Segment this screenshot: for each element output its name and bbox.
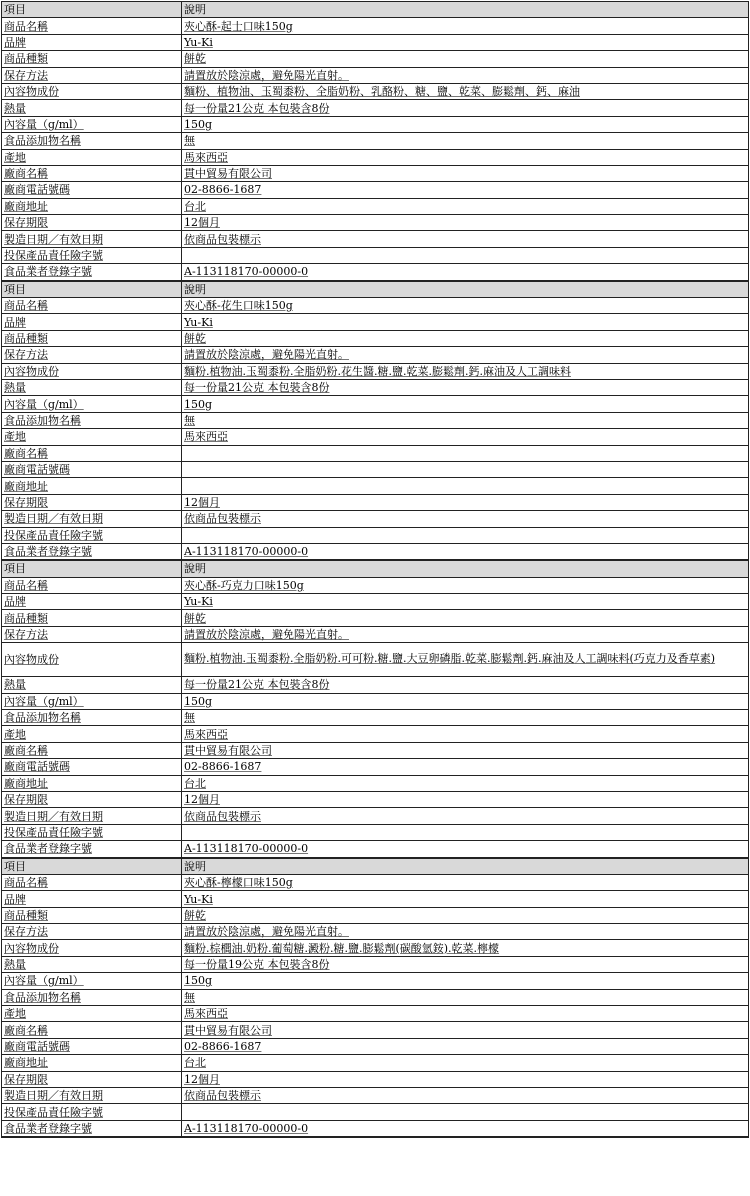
table-row: 保存方法請置放於陰涼處，避免陽光直射。 bbox=[2, 626, 749, 642]
table-row: 商品種類餅乾 bbox=[2, 610, 749, 626]
row-value: 依商品包裝標示 bbox=[182, 1088, 749, 1104]
row-value: 依商品包裝標示 bbox=[182, 511, 749, 527]
table-row: 製造日期／有效日期依商品包裝標示 bbox=[2, 231, 749, 247]
table-row: 保存方法請置放於陰涼處，避免陽光直射。 bbox=[2, 67, 749, 83]
row-label: 產地 bbox=[2, 429, 182, 445]
row-value: 貫中貿易有限公司 bbox=[182, 165, 749, 181]
row-label: 廠商名稱 bbox=[2, 445, 182, 461]
row-value: 麵粉、植物油、玉蜀黍粉、全脂奶粉、乳酪粉、糖、鹽、乾菜、膨鬆劑、鈣、麻油 bbox=[182, 83, 749, 99]
table-row: 廠商地址台北 bbox=[2, 1055, 749, 1071]
table-row: 品牌Yu-Ki bbox=[2, 594, 749, 610]
row-value: 夾心酥-檸檬口味150g bbox=[182, 874, 749, 890]
table-row: 廠商名稱貫中貿易有限公司 bbox=[2, 742, 749, 758]
row-value: 馬來西亞 bbox=[182, 726, 749, 742]
row-label: 商品種類 bbox=[2, 330, 182, 346]
row-value bbox=[182, 1104, 749, 1120]
row-label: 保存方法 bbox=[2, 924, 182, 940]
header-item-label: 項目 bbox=[2, 281, 182, 298]
row-value: 02-8866-1687 bbox=[182, 1038, 749, 1054]
table-row: 廠商電話號碼 bbox=[2, 461, 749, 477]
table-row: 內容量（g/ml）150g bbox=[2, 116, 749, 132]
table-row: 投保產品責任險字號 bbox=[2, 824, 749, 840]
row-value bbox=[182, 247, 749, 263]
row-label: 製造日期／有效日期 bbox=[2, 808, 182, 824]
row-value: 貫中貿易有限公司 bbox=[182, 742, 749, 758]
row-label: 品牌 bbox=[2, 314, 182, 330]
row-value: 夾心酥-起士口味150g bbox=[182, 18, 749, 34]
row-value: 麵粉.植物油.玉蜀黍粉.全脂奶粉.可可粉.糖.鹽.大豆卵磷脂.乾菜.膨鬆劑.鈣.… bbox=[182, 643, 749, 677]
row-label: 投保產品責任險字號 bbox=[2, 247, 182, 263]
spec-table-body: 項目說明商品名稱夾心酥-起士口味150g品牌Yu-Ki商品種類餅乾保存方法請置放… bbox=[2, 2, 749, 1138]
row-label: 廠商地址 bbox=[2, 775, 182, 791]
table-row: 商品種類餅乾 bbox=[2, 51, 749, 67]
table-row: 商品名稱夾心酥-巧克力口味150g bbox=[2, 577, 749, 593]
row-value: 夾心酥-花生口味150g bbox=[182, 298, 749, 314]
row-label: 商品名稱 bbox=[2, 298, 182, 314]
row-label: 熱量 bbox=[2, 379, 182, 395]
row-value: 12個月 bbox=[182, 494, 749, 510]
row-label: 製造日期／有效日期 bbox=[2, 231, 182, 247]
table-row: 製造日期／有效日期依商品包裝標示 bbox=[2, 1088, 749, 1104]
row-label: 食品添加物名稱 bbox=[2, 412, 182, 428]
table-row: 廠商地址台北 bbox=[2, 198, 749, 214]
table-row: 品牌Yu-Ki bbox=[2, 314, 749, 330]
header-item-label: 項目 bbox=[2, 858, 182, 875]
row-value: 馬來西亞 bbox=[182, 1006, 749, 1022]
table-row: 內容物成份麵粉.植物油.玉蜀黍粉.全脂奶粉.花生醬.糖.鹽.乾菜.膨鬆劑.鈣.麻… bbox=[2, 363, 749, 379]
table-row: 保存期限12個月 bbox=[2, 791, 749, 807]
table-row: 內容量（g/ml）150g bbox=[2, 396, 749, 412]
row-label: 內容物成份 bbox=[2, 940, 182, 956]
row-value bbox=[182, 824, 749, 840]
header-description-label: 說明 bbox=[182, 281, 749, 298]
row-value: 麵粉.植物油.玉蜀黍粉.全脂奶粉.花生醬.糖.鹽.乾菜.膨鬆劑.鈣.麻油及人工調… bbox=[182, 363, 749, 379]
row-label: 產地 bbox=[2, 149, 182, 165]
row-value: 150g bbox=[182, 693, 749, 709]
row-value: 02-8866-1687 bbox=[182, 182, 749, 198]
table-row: 保存期限12個月 bbox=[2, 494, 749, 510]
row-value: 餅乾 bbox=[182, 610, 749, 626]
row-value: 馬來西亞 bbox=[182, 429, 749, 445]
row-label: 廠商電話號碼 bbox=[2, 1038, 182, 1054]
row-value: 夾心酥-巧克力口味150g bbox=[182, 577, 749, 593]
row-label: 製造日期／有效日期 bbox=[2, 1088, 182, 1104]
row-label: 內容量（g/ml） bbox=[2, 693, 182, 709]
table-row: 內容物成份麵粉.植物油.玉蜀黍粉.全脂奶粉.可可粉.糖.鹽.大豆卵磷脂.乾菜.膨… bbox=[2, 643, 749, 677]
table-row: 產地馬來西亞 bbox=[2, 1006, 749, 1022]
row-label: 保存期限 bbox=[2, 1071, 182, 1087]
table-row: 製造日期／有效日期依商品包裝標示 bbox=[2, 808, 749, 824]
row-label: 熱量 bbox=[2, 956, 182, 972]
row-value: 02-8866-1687 bbox=[182, 759, 749, 775]
row-label: 商品名稱 bbox=[2, 577, 182, 593]
row-label: 商品名稱 bbox=[2, 874, 182, 890]
row-value: Yu-Ki bbox=[182, 594, 749, 610]
row-label: 食品添加物名稱 bbox=[2, 133, 182, 149]
row-value: 12個月 bbox=[182, 791, 749, 807]
row-label: 廠商電話號碼 bbox=[2, 182, 182, 198]
row-label: 食品業者登錄字號 bbox=[2, 264, 182, 281]
header-item-label: 項目 bbox=[2, 560, 182, 577]
table-row: 廠商電話號碼02-8866-1687 bbox=[2, 1038, 749, 1054]
table-row: 食品業者登錄字號A-113118170-00000-0 bbox=[2, 1120, 749, 1137]
row-value: 依商品包裝標示 bbox=[182, 808, 749, 824]
row-value: 馬來西亞 bbox=[182, 149, 749, 165]
row-label: 內容量（g/ml） bbox=[2, 396, 182, 412]
table-row: 商品名稱夾心酥-花生口味150g bbox=[2, 298, 749, 314]
row-value: Yu-Ki bbox=[182, 314, 749, 330]
row-label: 廠商名稱 bbox=[2, 742, 182, 758]
row-value: 12個月 bbox=[182, 1071, 749, 1087]
table-row: 食品添加物名稱無 bbox=[2, 710, 749, 726]
table-row: 投保產品責任險字號 bbox=[2, 1104, 749, 1120]
row-label: 投保產品責任險字號 bbox=[2, 1104, 182, 1120]
row-value: 台北 bbox=[182, 198, 749, 214]
row-label: 投保產品責任險字號 bbox=[2, 824, 182, 840]
row-label: 食品業者登錄字號 bbox=[2, 841, 182, 858]
table-row: 內容物成份麵粉.棕櫚油.奶粉.葡萄糖.澱粉.糖.鹽.膨鬆劑(碳酸氫銨).乾菜.檸… bbox=[2, 940, 749, 956]
table-row: 品牌Yu-Ki bbox=[2, 34, 749, 50]
row-value: A-113118170-00000-0 bbox=[182, 264, 749, 281]
header-item-label: 項目 bbox=[2, 2, 182, 18]
table-row: 廠商地址 bbox=[2, 478, 749, 494]
table-row: 商品種類餅乾 bbox=[2, 907, 749, 923]
table-row: 廠商名稱 bbox=[2, 445, 749, 461]
row-value: Yu-Ki bbox=[182, 891, 749, 907]
row-value: 無 bbox=[182, 710, 749, 726]
table-header-row: 項目說明 bbox=[2, 560, 749, 577]
row-label: 內容物成份 bbox=[2, 363, 182, 379]
row-label: 產地 bbox=[2, 1006, 182, 1022]
row-label: 廠商地址 bbox=[2, 1055, 182, 1071]
table-row: 保存方法請置放於陰涼處，避免陽光直射。 bbox=[2, 347, 749, 363]
row-value: 每一份量21公克 本包裝含8份 bbox=[182, 677, 749, 693]
row-value bbox=[182, 461, 749, 477]
row-value bbox=[182, 445, 749, 461]
row-label: 保存期限 bbox=[2, 791, 182, 807]
row-value: 餅乾 bbox=[182, 51, 749, 67]
row-value: 每一份量21公克 本包裝含8份 bbox=[182, 100, 749, 116]
row-label: 廠商名稱 bbox=[2, 1022, 182, 1038]
row-value: 台北 bbox=[182, 1055, 749, 1071]
table-row: 保存方法請置放於陰涼處，避免陽光直射。 bbox=[2, 924, 749, 940]
row-value: 餅乾 bbox=[182, 330, 749, 346]
row-value: 150g bbox=[182, 396, 749, 412]
row-label: 投保產品責任險字號 bbox=[2, 527, 182, 543]
row-label: 商品名稱 bbox=[2, 18, 182, 34]
product-spec-document: 項目說明商品名稱夾心酥-起士口味150g品牌Yu-Ki商品種類餅乾保存方法請置放… bbox=[1, 1, 748, 1138]
row-value: 無 bbox=[182, 412, 749, 428]
row-label: 品牌 bbox=[2, 891, 182, 907]
table-row: 產地馬來西亞 bbox=[2, 429, 749, 445]
row-value: 台北 bbox=[182, 775, 749, 791]
row-value: 請置放於陰涼處，避免陽光直射。 bbox=[182, 347, 749, 363]
row-label: 品牌 bbox=[2, 34, 182, 50]
table-header-row: 項目說明 bbox=[2, 2, 749, 18]
row-label: 保存方法 bbox=[2, 347, 182, 363]
row-value: 每一份量19公克 本包裝含8份 bbox=[182, 956, 749, 972]
row-label: 品牌 bbox=[2, 594, 182, 610]
row-value: 貫中貿易有限公司 bbox=[182, 1022, 749, 1038]
table-row: 製造日期／有效日期依商品包裝標示 bbox=[2, 511, 749, 527]
row-value: 請置放於陰涼處，避免陽光直射。 bbox=[182, 924, 749, 940]
row-label: 保存期限 bbox=[2, 494, 182, 510]
table-row: 食品業者登錄字號A-113118170-00000-0 bbox=[2, 841, 749, 858]
table-row: 內容量（g/ml）150g bbox=[2, 973, 749, 989]
table-header-row: 項目說明 bbox=[2, 858, 749, 875]
table-row: 熱量每一份量21公克 本包裝含8份 bbox=[2, 677, 749, 693]
row-label: 內容物成份 bbox=[2, 643, 182, 677]
row-value: Yu-Ki bbox=[182, 34, 749, 50]
row-label: 食品添加物名稱 bbox=[2, 989, 182, 1005]
header-description-label: 說明 bbox=[182, 2, 749, 18]
table-row: 商品名稱夾心酥-起士口味150g bbox=[2, 18, 749, 34]
table-row: 食品業者登錄字號A-113118170-00000-0 bbox=[2, 264, 749, 281]
row-label: 保存期限 bbox=[2, 215, 182, 231]
row-label: 食品業者登錄字號 bbox=[2, 1120, 182, 1137]
row-value: 150g bbox=[182, 116, 749, 132]
row-value: A-113118170-00000-0 bbox=[182, 1120, 749, 1137]
row-label: 商品種類 bbox=[2, 51, 182, 67]
header-description-label: 說明 bbox=[182, 560, 749, 577]
row-label: 廠商地址 bbox=[2, 198, 182, 214]
table-row: 廠商地址台北 bbox=[2, 775, 749, 791]
row-label: 商品種類 bbox=[2, 610, 182, 626]
row-label: 廠商地址 bbox=[2, 478, 182, 494]
row-label: 熱量 bbox=[2, 677, 182, 693]
table-row: 熱量每一份量21公克 本包裝含8份 bbox=[2, 379, 749, 395]
row-value bbox=[182, 478, 749, 494]
row-value: 請置放於陰涼處，避免陽光直射。 bbox=[182, 67, 749, 83]
table-row: 投保產品責任險字號 bbox=[2, 247, 749, 263]
table-row: 廠商名稱貫中貿易有限公司 bbox=[2, 1022, 749, 1038]
header-description-label: 說明 bbox=[182, 858, 749, 875]
table-row: 商品名稱夾心酥-檸檬口味150g bbox=[2, 874, 749, 890]
row-label: 製造日期／有效日期 bbox=[2, 511, 182, 527]
table-row: 產地馬來西亞 bbox=[2, 149, 749, 165]
row-value: 餅乾 bbox=[182, 907, 749, 923]
row-value bbox=[182, 527, 749, 543]
row-label: 內容量（g/ml） bbox=[2, 116, 182, 132]
table-row: 產地馬來西亞 bbox=[2, 726, 749, 742]
row-label: 商品種類 bbox=[2, 907, 182, 923]
row-value: 12個月 bbox=[182, 215, 749, 231]
table-row: 食品添加物名稱無 bbox=[2, 133, 749, 149]
row-label: 廠商名稱 bbox=[2, 165, 182, 181]
row-label: 產地 bbox=[2, 726, 182, 742]
row-label: 熱量 bbox=[2, 100, 182, 116]
row-label: 食品添加物名稱 bbox=[2, 710, 182, 726]
row-label: 廠商電話號碼 bbox=[2, 461, 182, 477]
table-row: 熱量每一份量21公克 本包裝含8份 bbox=[2, 100, 749, 116]
product-spec-table: 項目說明商品名稱夾心酥-起士口味150g品牌Yu-Ki商品種類餅乾保存方法請置放… bbox=[1, 1, 749, 1138]
table-row: 內容量（g/ml）150g bbox=[2, 693, 749, 709]
table-row: 保存期限12個月 bbox=[2, 1071, 749, 1087]
table-header-row: 項目說明 bbox=[2, 281, 749, 298]
row-value: 依商品包裝標示 bbox=[182, 231, 749, 247]
row-value: 請置放於陰涼處，避免陽光直射。 bbox=[182, 626, 749, 642]
table-row: 投保產品責任險字號 bbox=[2, 527, 749, 543]
row-label: 廠商電話號碼 bbox=[2, 759, 182, 775]
row-value: 無 bbox=[182, 989, 749, 1005]
row-value: 麵粉.棕櫚油.奶粉.葡萄糖.澱粉.糖.鹽.膨鬆劑(碳酸氫銨).乾菜.檸檬 bbox=[182, 940, 749, 956]
table-row: 廠商電話號碼02-8866-1687 bbox=[2, 182, 749, 198]
table-row: 商品種類餅乾 bbox=[2, 330, 749, 346]
table-row: 廠商名稱貫中貿易有限公司 bbox=[2, 165, 749, 181]
row-label: 食品業者登錄字號 bbox=[2, 543, 182, 560]
table-row: 食品業者登錄字號A-113118170-00000-0 bbox=[2, 543, 749, 560]
row-value: A-113118170-00000-0 bbox=[182, 841, 749, 858]
table-row: 品牌Yu-Ki bbox=[2, 891, 749, 907]
row-value: 無 bbox=[182, 133, 749, 149]
row-label: 保存方法 bbox=[2, 626, 182, 642]
row-value: 每一份量21公克 本包裝含8份 bbox=[182, 379, 749, 395]
table-row: 熱量每一份量19公克 本包裝含8份 bbox=[2, 956, 749, 972]
row-value: 150g bbox=[182, 973, 749, 989]
row-value: A-113118170-00000-0 bbox=[182, 543, 749, 560]
table-row: 內容物成份麵粉、植物油、玉蜀黍粉、全脂奶粉、乳酪粉、糖、鹽、乾菜、膨鬆劑、鈣、麻… bbox=[2, 83, 749, 99]
table-row: 保存期限12個月 bbox=[2, 215, 749, 231]
table-row: 食品添加物名稱無 bbox=[2, 412, 749, 428]
row-label: 內容物成份 bbox=[2, 83, 182, 99]
row-label: 保存方法 bbox=[2, 67, 182, 83]
table-row: 廠商電話號碼02-8866-1687 bbox=[2, 759, 749, 775]
row-label: 內容量（g/ml） bbox=[2, 973, 182, 989]
table-row: 食品添加物名稱無 bbox=[2, 989, 749, 1005]
